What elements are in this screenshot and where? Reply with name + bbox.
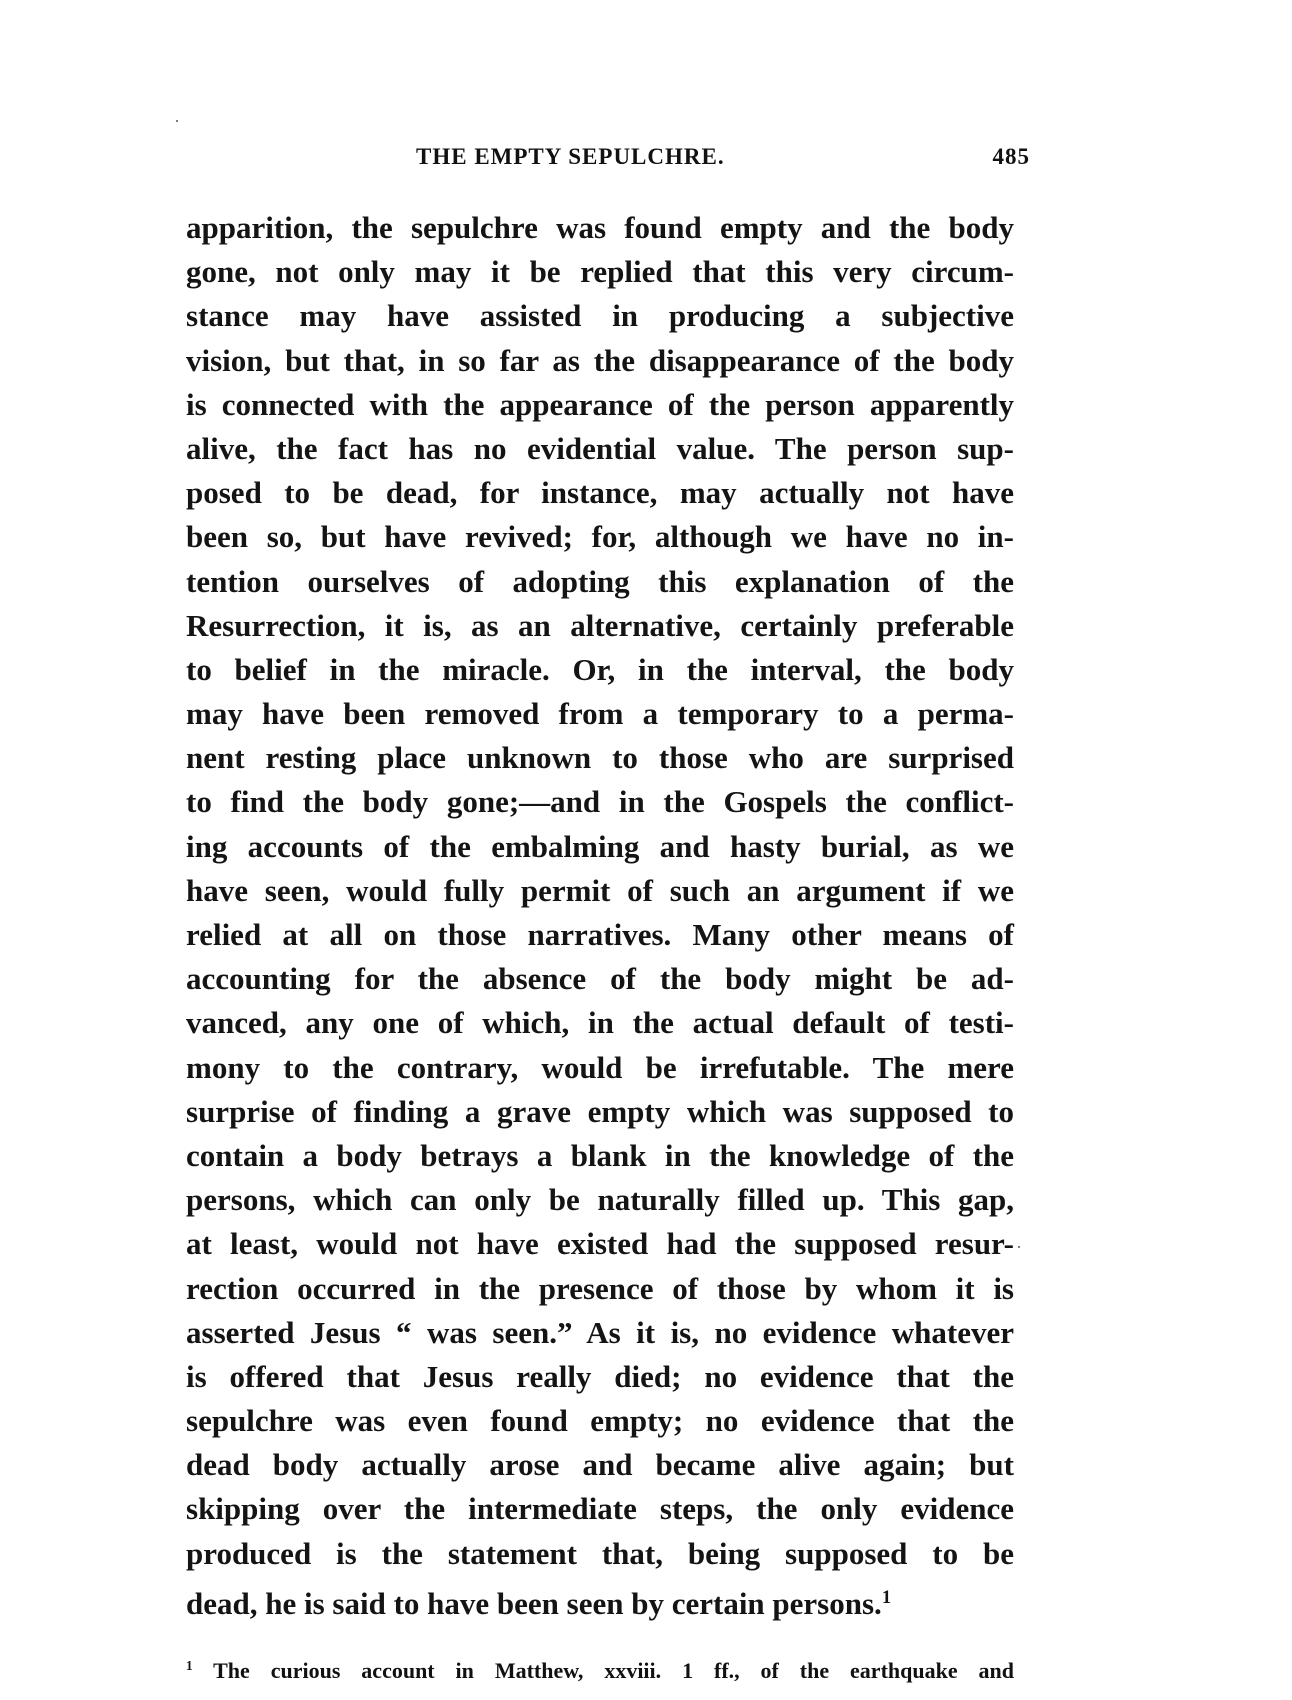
text-line-content: is offered that Jesus really died; no ev… xyxy=(186,1359,1014,1394)
text-line: surprise of finding a grave empty which … xyxy=(186,1090,1014,1134)
text-line: sepulchre was even found empty; no evide… xyxy=(186,1399,1014,1443)
text-line: dead body actually arose and became aliv… xyxy=(186,1443,1014,1487)
scan-speck xyxy=(176,120,178,122)
text-line: vanced, any one of which, in the actual … xyxy=(186,1001,1014,1045)
text-line-content: have seen, would fully permit of such an… xyxy=(186,873,1014,908)
text-line: gone, not only may it be replied that th… xyxy=(186,250,1014,294)
text-line-content: Resurrection, it is, as an alternative, … xyxy=(186,608,1014,643)
text-line-content: mony to the contrary, would be irrefutab… xyxy=(186,1050,1014,1085)
text-line: relied at all on those narratives. Many … xyxy=(186,913,1014,957)
text-line: apparition, the sepulchre was found empt… xyxy=(186,206,1014,250)
body-text: apparition, the sepulchre was found empt… xyxy=(186,206,1014,1620)
text-line-content: gone, not only may it be replied that th… xyxy=(186,254,1014,289)
text-line: may have been removed from a temporary t… xyxy=(186,692,1014,736)
text-line-content: sepulchre was even found empty; no evide… xyxy=(186,1403,1014,1438)
page-number: 485 xyxy=(993,144,1031,170)
text-line-content: to find the body gone;—and in the Gospel… xyxy=(186,784,1014,819)
text-line: skipping over the intermediate steps, th… xyxy=(186,1487,1014,1531)
running-title: THE EMPTY SEPULCHRE. xyxy=(416,144,725,170)
text-line-content: is connected with the appearance of the … xyxy=(186,387,1014,422)
footnote-text: The curious account in Matthew, xxviii. … xyxy=(213,1658,1014,1683)
text-line-content: apparition, the sepulchre was found empt… xyxy=(186,210,1014,245)
text-line: to find the body gone;—and in the Gospel… xyxy=(186,780,1014,824)
text-line-content: may have been removed from a temporary t… xyxy=(186,696,1014,731)
text-line-content: stance may have assisted in producing a … xyxy=(186,298,1014,333)
text-line-content: tention ourselves of adopting this expla… xyxy=(186,564,1014,599)
text-line: vision, but that, in so far as the disap… xyxy=(186,339,1014,383)
text-line-content: alive, the fact has no evidential value.… xyxy=(186,431,1014,466)
text-line: persons, which can only be naturally fil… xyxy=(186,1178,1014,1222)
text-line: is offered that Jesus really died; no ev… xyxy=(186,1355,1014,1399)
text-line: at least, would not have existed had the… xyxy=(186,1222,1014,1266)
footnote-reference: 1 xyxy=(882,1587,891,1608)
text-line-content: vanced, any one of which, in the actual … xyxy=(186,1005,1014,1040)
book-page: THE EMPTY SEPULCHRE. 485 apparition, the… xyxy=(0,0,1292,1700)
text-line: alive, the fact has no evidential value.… xyxy=(186,427,1014,471)
text-line: mony to the contrary, would be irrefutab… xyxy=(186,1046,1014,1090)
text-line: nent resting place unknown to those who … xyxy=(186,736,1014,780)
text-line: is connected with the appearance of the … xyxy=(186,383,1014,427)
text-line: stance may have assisted in producing a … xyxy=(186,294,1014,338)
footnote-marker: 1 xyxy=(186,1658,193,1673)
text-line-content: persons, which can only be naturally fil… xyxy=(186,1182,1014,1217)
text-line: ing accounts of the embalming and hasty … xyxy=(186,825,1014,869)
text-line-content: dead, he is said to have been seen by ce… xyxy=(186,1586,882,1621)
text-line: Resurrection, it is, as an alternative, … xyxy=(186,604,1014,648)
text-line: dead, he is said to have been seen by ce… xyxy=(186,1576,1014,1620)
text-line: posed to be dead, for instance, may actu… xyxy=(186,471,1014,515)
text-line-content: contain a body betrays a blank in the kn… xyxy=(186,1138,1014,1173)
running-header: THE EMPTY SEPULCHRE. 485 xyxy=(180,136,1030,176)
text-line-content: at least, would not have existed had the… xyxy=(186,1226,1014,1261)
text-line-content: nent resting place unknown to those who … xyxy=(186,740,1014,775)
text-line-content: rection occurred in the presence of thos… xyxy=(186,1271,1014,1306)
text-line-content: relied at all on those narratives. Many … xyxy=(186,917,1014,952)
text-line-content: ing accounts of the embalming and hasty … xyxy=(186,829,1014,864)
text-line-content: produced is the statement that, being su… xyxy=(186,1536,1014,1571)
text-line: been so, but have revived; for, although… xyxy=(186,515,1014,559)
text-line: have seen, would fully permit of such an… xyxy=(186,869,1014,913)
text-line: contain a body betrays a blank in the kn… xyxy=(186,1134,1014,1178)
text-line-content: skipping over the intermediate steps, th… xyxy=(186,1491,1014,1526)
text-line: to belief in the miracle. Or, in the int… xyxy=(186,648,1014,692)
footnote: 1 The curious account in Matthew, xxviii… xyxy=(186,1658,1014,1684)
text-line-content: posed to be dead, for instance, may actu… xyxy=(186,475,1014,510)
text-line-content: to belief in the miracle. Or, in the int… xyxy=(186,652,1014,687)
text-line: produced is the statement that, being su… xyxy=(186,1532,1014,1576)
text-line: asserted Jesus “ was seen.” As it is, no… xyxy=(186,1311,1014,1355)
scan-speck xyxy=(1018,1246,1020,1248)
text-line-content: surprise of finding a grave empty which … xyxy=(186,1094,1014,1129)
text-line: rection occurred in the presence of thos… xyxy=(186,1267,1014,1311)
text-line-content: been so, but have revived; for, although… xyxy=(186,519,1014,554)
text-line: accounting for the absence of the body m… xyxy=(186,957,1014,1001)
text-line-content: accounting for the absence of the body m… xyxy=(186,961,1014,996)
text-line-content: asserted Jesus “ was seen.” As it is, no… xyxy=(186,1315,1014,1350)
text-line-content: dead body actually arose and became aliv… xyxy=(186,1447,1014,1482)
text-line: tention ourselves of adopting this expla… xyxy=(186,560,1014,604)
text-line-content: vision, but that, in so far as the disap… xyxy=(186,343,1014,378)
